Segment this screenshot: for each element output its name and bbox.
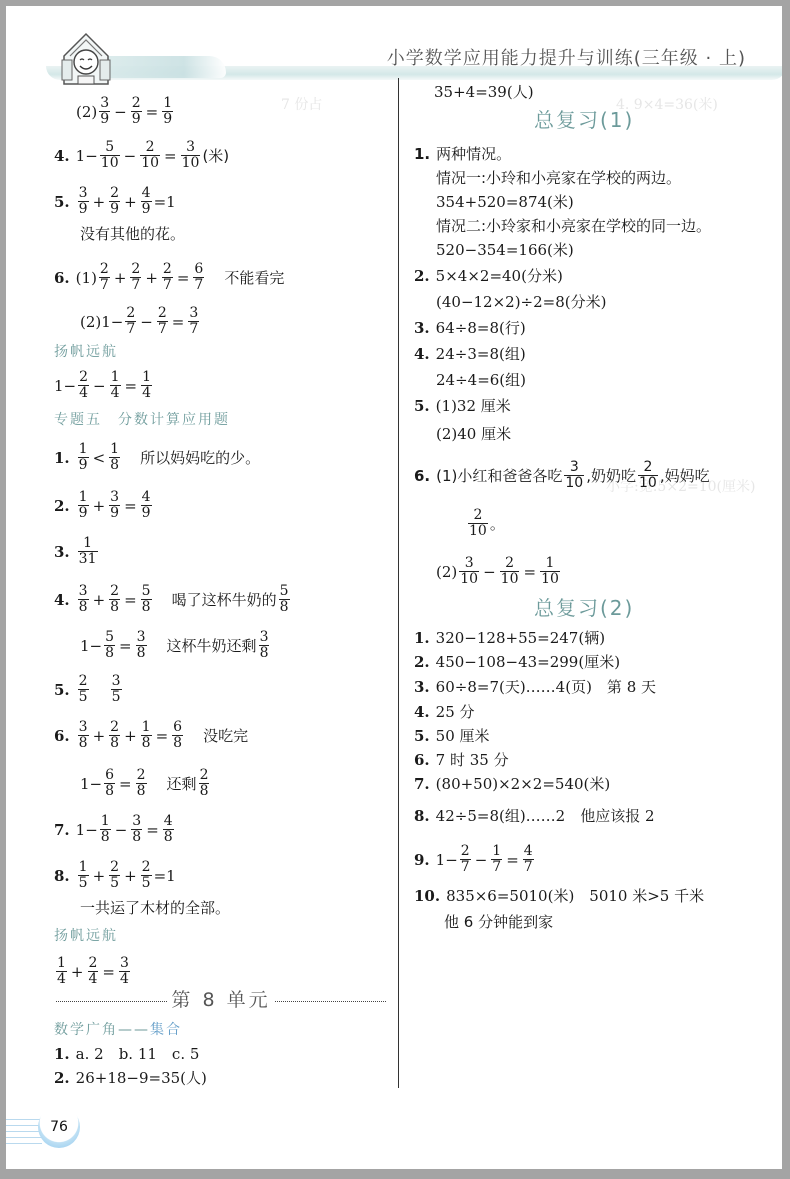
review2-answer-10: 10.835×6=5010(米) 5010 米>5 千米 [414,886,704,906]
section-topic-5: 专题五 分数计算应用题 [54,410,230,430]
section-sets: 数学广角——集合 [54,1020,182,1040]
review2-answer-4: 4.25 分 [414,702,475,722]
column-divider [398,78,399,1088]
review1-answer-3: 3.64÷8=8(行) [414,318,526,338]
fraction: 19 [162,96,173,127]
topic5-answer-5: 5. 25 35 [54,674,124,705]
review1-answer-4-l2: 24÷4=6(组) [436,370,526,390]
review2-answer-2: 2.450−108−43=299(厘米) [414,652,620,672]
review2-answer-3: 3.60÷8=7(天)……4(页) 第 8 天 [414,677,656,697]
review2-answer-6: 6.7 时 35 分 [414,750,509,770]
review1-answer-1-l4: 情况二:小玲家和小亮家在学校的同一边。 [436,216,711,236]
sail-2-answer: 14+ 24= 34 [54,956,132,987]
review-2-title: 总复习(2) [534,598,634,618]
review-1-title: 总复习(1) [534,110,634,130]
topic5-answer-7: 7.1− 18− 38= 48 [54,814,176,845]
review2-answer-5: 5.50 厘米 [414,726,490,746]
answer-3-2: (2) 39 − 29 = 19 [76,96,175,127]
book-title: 小学数学应用能力提升与训练(三年级 · 上) [387,44,746,70]
review2-answer-8: 8.42÷5=8(组)……2 他应该报 2 [414,806,655,826]
review2-answer-7: 7.(80+50)×2×2=540(米) [414,774,610,794]
review1-answer-2-l2: (40−12×2)÷2=8(分米) [436,292,607,312]
answer-5-text: 没有其他的花。 [80,224,185,244]
answer-6-1: 6.(1) 27+ 27+ 27= 67 不能看完 [54,262,284,293]
fraction: 29 [131,96,142,127]
review1-answer-6-1-cont: 210 。 [466,508,505,539]
review1-answer-6-2: (2) 310− 210= 110 [436,556,562,587]
review1-answer-4: 4.24÷3=8(组) [414,344,526,364]
topic5-answer-3: 3. 131 [54,536,100,567]
review1-answer-1-l3: 354+520=874(米) [436,192,574,212]
fraction: 39 [99,96,110,127]
review2-answer-1: 1.320−128+55=247(辆) [414,628,605,648]
review2-answer-10-l2: 他 6 分钟能到家 [444,912,553,932]
topic5-answer-8-text: 一共运了木材的全部。 [80,898,230,918]
topic5-answer-8: 8. 15+ 25+ 25 =1 [54,860,176,891]
topic5-answer-4-1: 4. 38+ 28= 58 喝了这杯牛奶的 58 [54,584,292,615]
review1-answer-2: 2.5×4×2=40(分米) [414,266,563,286]
topic5-answer-2: 2. 19+ 39= 49 [54,490,154,521]
review1-answer-5: 5.(1)32 厘米 [414,396,511,416]
answer-6-2: (2)1− 27− 27= 37 [80,306,201,337]
topic5-answer-1: 1. 19 < 18 所以妈妈吃的少。 [54,442,260,473]
section-sail-2: 扬帆远航 [54,926,118,946]
section-sail-1: 扬帆远航 [54,342,118,362]
review1-answer-1: 1.两种情况。 [414,144,511,164]
sets-answer-1: 1.a. 2 b. 11 c. 5 [54,1044,199,1064]
carryover-line: 35+4=39(人) [434,82,534,102]
topic5-answer-4-2: 1− 58= 38 这杯牛奶还剩 38 [80,630,271,661]
review1-answer-6-1: 6.(1)小红和爸爸各吃 310 ,奶奶吃 210 ,妈妈吃 [414,460,710,491]
sail-1-answer: 1− 24− 14= 14 [54,370,154,401]
answer-5: 5. 39 + 29 + 49 =1 [54,186,176,217]
answer-page: 小学数学应用能力提升与训练(三年级 · 上) 7 份占 4. 9×4=36(米)… [6,6,782,1169]
topic5-answer-6-1: 6. 38+ 28+ 18= 68 没吃完 [54,720,248,751]
bleed-through-text: 7 份占 [281,94,322,114]
badge-decoration [6,1114,42,1146]
answer-4: 4.1− 510 − 210 = 310 (米) [54,140,229,171]
page-number: 76 [38,1106,80,1148]
topic5-answer-6-2: 1− 68= 28 还剩 28 [80,768,211,799]
unit-8-heading: 第 8 单元 [56,988,386,1008]
review1-answer-1-l5: 520−354=166(米) [436,240,574,260]
mascot-icon [56,30,116,88]
sets-answer-2: 2.26+18−9=35(人) [54,1068,207,1088]
review1-answer-1-l2: 情况一:小玲和小亮家在学校的两边。 [436,168,681,188]
review1-answer-5-l2: (2)40 厘米 [436,424,511,444]
review2-answer-9: 9.1− 27− 17= 47 [414,844,536,875]
